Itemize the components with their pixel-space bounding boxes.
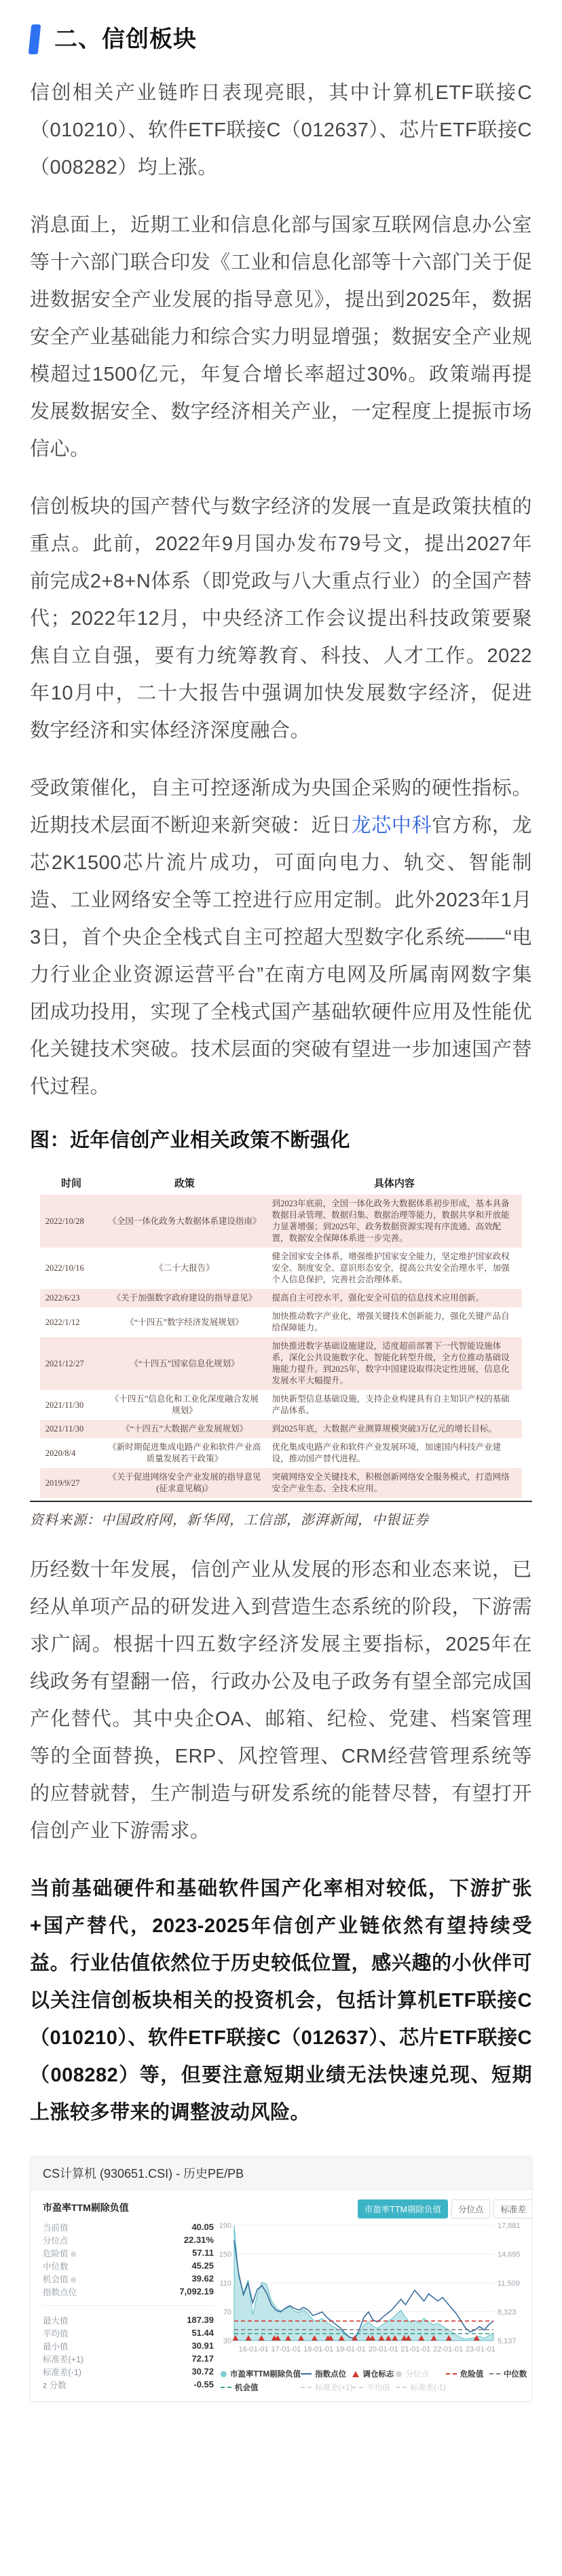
legend-item[interactable]: 危险值: [446, 2368, 489, 2379]
stat-label: 标准差(-1): [43, 2366, 81, 2378]
stat-row: 危险值⊕57.11: [43, 2247, 214, 2258]
legend-label: 指数点位: [315, 2368, 346, 2379]
row-date: 2022/1/12: [40, 1307, 102, 1337]
table-row: 2021/12/27《“十四五”国家信息化规划》加快推进数字基础设施建设，适度超…: [40, 1337, 522, 1390]
row-policy: 《关于加强数字政府建设的指导意见》: [102, 1289, 267, 1307]
table-row: 2019/9/27《关于促进网络安全产业发展的指导意见(征求意见稿)》突破网络安…: [40, 1468, 522, 1498]
row-content: 健全国家安全体系，增强维护国家安全能力，坚定维护国家政权安全、制度安全、意识形态…: [267, 1248, 523, 1289]
row-policy: 《“十四五”大数据产业发展规划》: [102, 1420, 267, 1438]
row-date: 2022/6/23: [40, 1289, 102, 1307]
col-header-policy: 政策: [102, 1172, 267, 1195]
legend-item[interactable]: 机会值: [221, 2382, 301, 2393]
stat-row: 机会值⊕39.62: [43, 2273, 214, 2284]
dash-gray-icon: [489, 2373, 500, 2375]
legend-label: 危险值: [460, 2368, 484, 2379]
stat-row: 分位点22.31%: [43, 2234, 214, 2246]
policy-table: 时间 政策 具体内容 2022/10/28《全国一体化政务大数据体系建设指南》到…: [40, 1172, 522, 1498]
legend-label: 调仓标志: [362, 2368, 394, 2379]
toggle-分位点[interactable]: 分位点: [451, 2199, 491, 2218]
stat-label: 指数点位: [43, 2286, 77, 2298]
toggle-标准差[interactable]: 标准差: [493, 2199, 532, 2218]
chart-toggle-group: 市盈率TTM剔除负值分位点标准差: [214, 2199, 532, 2218]
row-policy: 《关于促进网络安全产业发展的指导意见(征求意见稿)》: [102, 1468, 267, 1498]
left-axis-tick: 30: [223, 2337, 231, 2345]
legend-item[interactable]: 中位数: [489, 2368, 532, 2379]
stats-group-1: 当前值40.05分位点22.31%危险值⊕57.11中位数45.25机会值⊕39…: [43, 2221, 214, 2297]
row-content: 提高自主可控水平，强化安全可信的信息技术应用创新。: [267, 1289, 523, 1307]
row-policy: 《“十四五”国家信息化规划》: [102, 1337, 267, 1390]
chart-legend: 市盈率TTM剔除负值指数点位调仓标志分位点危险值中位数机会值标准差(+1)平均值…: [221, 2368, 532, 2393]
chart-column: 市盈率TTM剔除负值分位点标准差 19017,88115014,69511011…: [214, 2199, 532, 2396]
stat-row: 中位数45.25: [43, 2260, 214, 2271]
dot-teal-icon: [221, 2371, 227, 2377]
paragraph-6-bold: 当前基础硬件和基础软件国产化率相对较低，下游扩张+国产替代，2023-2025年…: [30, 1870, 532, 2132]
right-axis-tick: 5,137: [498, 2337, 517, 2345]
legend-item[interactable]: 调仓标志: [352, 2368, 396, 2379]
left-axis-tick: 70: [223, 2309, 231, 2317]
right-axis-tick: 17,881: [498, 2222, 521, 2230]
stat-value: 22.31%: [184, 2235, 214, 2245]
right-axis-tick: 11,509: [498, 2280, 520, 2288]
legend-label: 中位数: [504, 2368, 527, 2379]
stat-value: 39.62: [191, 2273, 214, 2284]
stat-row: 最小值30.91: [43, 2340, 214, 2351]
legend-item[interactable]: 市盈率TTM剔除负值: [221, 2368, 301, 2379]
x-axis-label: 21-01-01: [400, 2345, 430, 2353]
dash-red-icon: [446, 2373, 457, 2375]
row-content: 加快新型信息基础设施，支持企业构建具有自主知识产权的基础产品体系。: [267, 1390, 523, 1420]
dash-light-icon: [301, 2387, 312, 2388]
x-axis-label: 18-01-01: [303, 2345, 333, 2353]
stat-row: z 分数-0.55: [43, 2379, 214, 2390]
left-axis-tick: 190: [219, 2222, 231, 2230]
stat-label: 中位数: [43, 2260, 69, 2272]
row-content: 优化集成电路产业和软件产业发展环境，加速国内科技产业建设，推动国产替代进程。: [267, 1438, 523, 1468]
figure-caption: 图：近年信创产业相关政策不断强化: [30, 1126, 532, 1155]
stat-label: 机会值⊕: [43, 2273, 77, 2285]
stat-value: 30.72: [191, 2366, 214, 2377]
legend-label: 分位点: [405, 2368, 429, 2379]
stat-value: 7,092.19: [179, 2286, 214, 2296]
row-content: 到2025年底，大数据产业测算规模突破3万亿元的增长目标。: [267, 1420, 523, 1438]
stat-value: 187.39: [187, 2315, 214, 2325]
paragraph-2: 消息面上，近期工业和信息化部与国家互联网信息办公室等十六部门联合印发《工业和信息…: [30, 207, 532, 468]
dash-light-icon: [352, 2387, 363, 2388]
stat-row: 平均值51.44: [43, 2327, 214, 2339]
row-content: 突破网络安全关键技术，积极创新网络安全服务模式，打造网络安全产业生态、全技术应用…: [267, 1468, 523, 1498]
stat-row: 最大值187.39: [43, 2314, 214, 2326]
table-row: 2022/6/23《关于加强数字政府建设的指导意见》提高自主可控水平，强化安全可…: [40, 1289, 522, 1307]
legend-label: 市盈率TTM剔除负值: [230, 2368, 301, 2379]
x-axis-label: 19-01-01: [336, 2345, 366, 2353]
stats-group-2: 最大值187.39平均值51.44最小值30.91标准差(+1)72.17标准差…: [43, 2314, 214, 2390]
title-accent-bar: [29, 24, 41, 54]
line-blue-icon: [301, 2373, 312, 2375]
table-row: 2020/8/4《新时期促进集成电路产业和软件产业高质量发展若干政策》优化集成电…: [40, 1438, 522, 1468]
page-title: 二、信创板块: [54, 24, 197, 54]
dash-teal-icon: [221, 2387, 231, 2388]
legend-item[interactable]: 分位点: [396, 2368, 445, 2379]
row-policy: 《十四五”信息化和工业化深度融合发展规划》: [102, 1390, 267, 1420]
row-content: 加快推进数字基础设施建设，适度超前部署下一代智能设施体系，深化公共设施数字化、智…: [267, 1337, 523, 1390]
row-date: 2019/9/27: [40, 1468, 102, 1498]
legend-label: 标准差(-1): [410, 2382, 445, 2393]
section-title-row: 二、信创板块: [30, 24, 532, 54]
table-header-row: 时间 政策 具体内容: [40, 1172, 522, 1195]
triangle-red-icon: [352, 2371, 359, 2377]
legend-item[interactable]: 平均值: [352, 2382, 396, 2393]
row-content: 加快推动数字产业化，增强关键技术创新能力，强化关键产品自给保障能力。: [267, 1307, 523, 1337]
stats-column: 市盈率TTM剔除负值 当前值40.05分位点22.31%危险值⊕57.11中位数…: [43, 2199, 214, 2396]
right-axis-tick: 8,323: [498, 2309, 517, 2317]
paragraph-3: 信创板块的国产替代与数字经济的发展一直是政策扶植的重点。此前，2022年9月国办…: [30, 488, 532, 750]
col-header-content: 具体内容: [267, 1172, 523, 1195]
dot-gray-icon: [396, 2371, 402, 2377]
valuation-chart-card: CS计算机 (930651.CSI) - 历史PE/PB 市盈率TTM剔除负值 …: [30, 2156, 532, 2402]
x-axis-label: 20-01-01: [369, 2345, 398, 2353]
x-axis-label: 16-01-01: [239, 2345, 269, 2353]
row-date: 2022/10/16: [40, 1248, 102, 1289]
stat-row: 标准差(+1)72.17: [43, 2353, 214, 2364]
col-header-time: 时间: [40, 1172, 102, 1195]
row-policy: 《“十四五”数字经济发展规划》: [102, 1307, 267, 1337]
row-policy: 《二十大报告》: [102, 1248, 267, 1289]
row-date: 2021/11/30: [40, 1390, 102, 1420]
table-row: 2022/10/28《全国一体化政务大数据体系建设指南》到2023年底前，全国一…: [40, 1195, 522, 1248]
legend-label: 标准差(+1): [315, 2382, 352, 2393]
legend-item[interactable]: 标准差(-1): [396, 2382, 445, 2393]
article-content: 二、信创板块 信创相关产业链昨日表现亮眼，其中计算机ETF联接C（010210）…: [0, 0, 562, 2429]
stat-label: 标准差(+1): [43, 2353, 83, 2365]
stat-value: 40.05: [191, 2222, 214, 2232]
stat-value: 57.11: [192, 2248, 214, 2258]
legend-label: 机会值: [235, 2382, 259, 2393]
stat-row: 指数点位7,092.19: [43, 2286, 214, 2297]
policy-table-wrap: 时间 政策 具体内容 2022/10/28《全国一体化政务大数据体系建设指南》到…: [30, 1172, 532, 1502]
toggle-市盈率TTM剔除负值[interactable]: 市盈率TTM剔除负值: [358, 2199, 448, 2218]
stat-value: 72.17: [191, 2353, 214, 2364]
stat-row: 标准差(-1)30.72: [43, 2366, 214, 2377]
row-date: 2021/11/30: [40, 1420, 102, 1438]
x-axis-label: 17-01-01: [271, 2345, 301, 2353]
policy-table-body: 2022/10/28《全国一体化政务大数据体系建设指南》到2023年底前，全国一…: [40, 1195, 522, 1498]
paragraph-4-text-after: 官方称，龙芯2K1500芯片流片成功，可面向电力、轨交、智能制造、工业网络安全等…: [30, 815, 532, 1098]
row-date: 2021/12/27: [40, 1337, 102, 1390]
dash-light-icon: [396, 2387, 407, 2388]
stat-label: 危险值⊕: [43, 2247, 77, 2259]
legend-item[interactable]: 标准差(+1): [301, 2382, 352, 2393]
info-circle-icon[interactable]: ⊕: [71, 2250, 77, 2258]
left-axis-tick: 150: [219, 2251, 231, 2259]
stat-label: z 分数: [43, 2379, 67, 2391]
stat-label: 平均值: [43, 2327, 69, 2339]
stat-row: 当前值40.05: [43, 2221, 214, 2233]
table-row: 2021/11/30《“十四五”大数据产业发展规划》到2025年底，大数据产业测…: [40, 1420, 522, 1438]
row-policy: 《新时期促进集成电路产业和软件产业高质量发展若干政策》: [102, 1438, 267, 1468]
stat-label: 最大值: [43, 2314, 69, 2326]
stat-value: 45.25: [191, 2261, 214, 2271]
table-row: 2022/1/12《“十四五”数字经济发展规划》加快推动数字产业化，增强关键技术…: [40, 1307, 522, 1337]
stat-value: 51.44: [191, 2328, 214, 2338]
stat-label: 分位点: [43, 2234, 69, 2246]
x-axis-label: 22-01-01: [433, 2345, 463, 2353]
stats-divider: [43, 2305, 214, 2306]
chart-card-body: 市盈率TTM剔除负值 当前值40.05分位点22.31%危险值⊕57.11中位数…: [31, 2190, 531, 2401]
info-circle-icon[interactable]: ⊕: [71, 2276, 77, 2284]
stat-value: -0.55: [193, 2379, 214, 2389]
paragraph-1: 信创相关产业链昨日表现亮眼，其中计算机ETF联接C（010210）、软件ETF联…: [30, 75, 532, 187]
source-note: 资料来源：中国政府网，新华网，工信部，澎湃新闻，中银证券: [30, 1509, 532, 1529]
row-content: 到2023年底前，全国一体化政务大数据体系初步形成，基本具备数据目录管理、数据归…: [267, 1195, 523, 1248]
right-axis-tick: 14,695: [498, 2251, 521, 2259]
paragraph-4: 受政策催化，自主可控逐渐成为央国企采购的硬性指标。近期技术层面不断迎来新突破：近…: [30, 770, 532, 1106]
pe-history-chart: 19017,88115014,69511011,509708,323305,13…: [214, 2220, 532, 2364]
metric-title: 市盈率TTM剔除负值: [43, 2201, 214, 2214]
row-policy: 《全国一体化政务大数据体系建设指南》: [102, 1195, 267, 1248]
legend-item[interactable]: 指数点位: [301, 2368, 352, 2379]
left-axis-tick: 110: [219, 2280, 231, 2288]
paragraph-5: 历经数十年发展，信创产业从发展的形态和业态来说，已经从单项产品的研发进入到营造生…: [30, 1552, 532, 1850]
stat-label: 当前值: [43, 2221, 69, 2233]
row-date: 2022/10/28: [40, 1195, 102, 1248]
loongson-link[interactable]: 龙芯中科: [352, 815, 432, 837]
row-date: 2020/8/4: [40, 1438, 102, 1468]
chart-card-title: CS计算机 (930651.CSI) - 历史PE/PB: [31, 2157, 531, 2190]
table-row: 2022/10/16《二十大报告》健全国家安全体系，增强维护国家安全能力，坚定维…: [40, 1248, 522, 1289]
stat-label: 最小值: [43, 2340, 69, 2352]
stat-value: 30.91: [191, 2341, 214, 2351]
x-axis-label: 23-01-01: [466, 2345, 495, 2353]
table-row: 2021/11/30《十四五”信息化和工业化深度融合发展规划》加快新型信息基础设…: [40, 1390, 522, 1420]
legend-label: 平均值: [367, 2382, 390, 2393]
